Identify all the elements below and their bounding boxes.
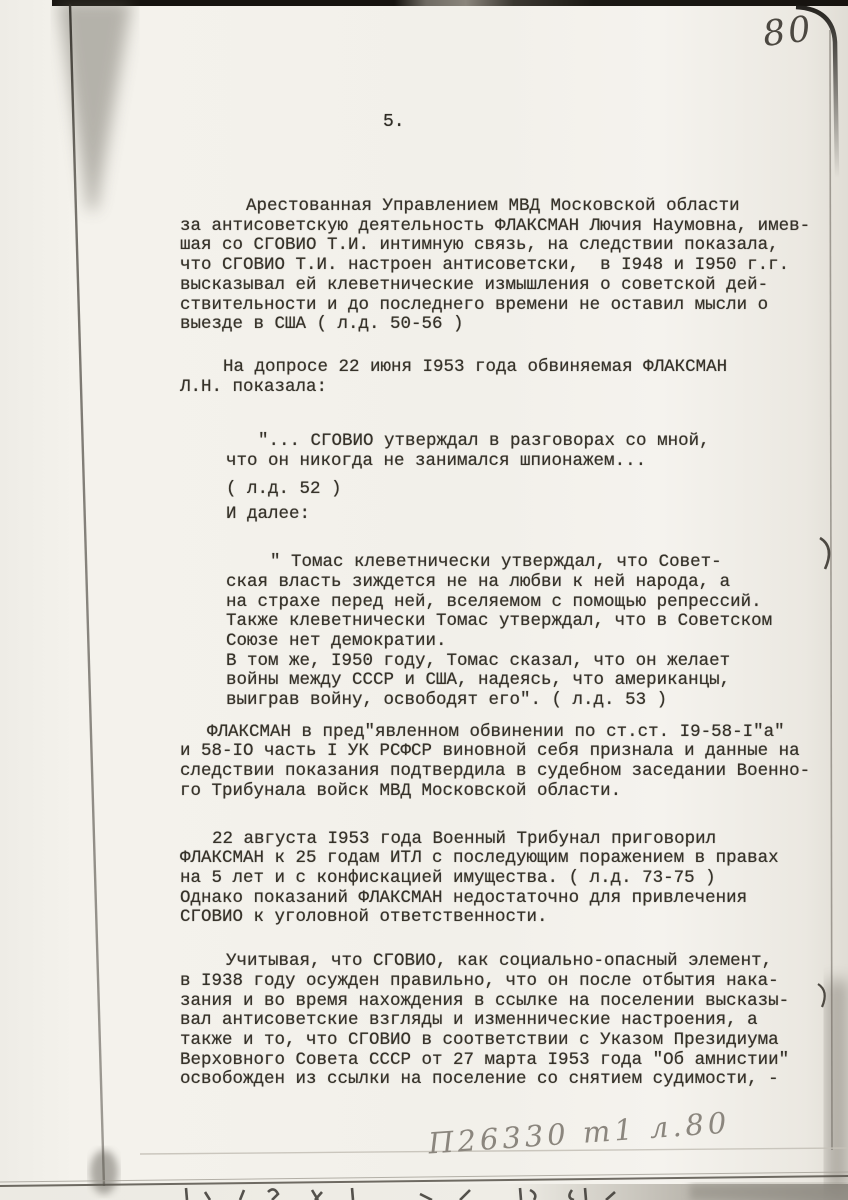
text-line: зания и во время нахождения в ссылке на …	[180, 992, 842, 1012]
paragraph: "... СГОВИО утверждал в разговорах со мн…	[226, 432, 842, 471]
text-line: ФЛАКСМАН к 25 годам ИТЛ с последующим по…	[180, 849, 842, 869]
text-line: выиграв войну, освободят его". ( л.д. 53…	[226, 691, 842, 711]
text-line: Арестованная Управлением МВД Московской …	[180, 197, 842, 217]
paragraph: И далее:	[226, 505, 842, 525]
text-line: СГОВИО к уголовной ответственности.	[180, 908, 842, 928]
text-line: го Трибунала войск МВД Московской област…	[180, 782, 842, 802]
paragraph: ( л.д. 52 )	[226, 480, 842, 500]
text-line: также и то, что СГОВИО в соответствии с …	[180, 1031, 842, 1051]
text-line: за антисоветскую деятельность ФЛАКСМАН Л…	[180, 217, 842, 237]
typed-page-number: 5.	[383, 112, 405, 132]
text-line: ( л.д. 52 )	[226, 480, 842, 500]
paragraph: " Томас клеветнически утверждал, что Сов…	[226, 553, 842, 711]
next-sheet-strip	[0, 1184, 848, 1200]
text-line: И далее:	[226, 505, 842, 525]
text-line: на 5 лет и с конфискацией имущества. ( л…	[180, 869, 842, 889]
text-line: освобожден из ссылки на поселение со сня…	[180, 1070, 842, 1090]
document-body: Арестованная Управлением МВД Московской …	[180, 197, 842, 1090]
text-line: Также клеветнически Томас утверждал, что…	[226, 612, 842, 632]
text-line: что он никогда не занимался шпионажем...	[226, 452, 842, 472]
text-line: и 58-IO часть I УК РСФСР виновной себя п…	[180, 742, 842, 762]
text-line: Верховного Совета СССР от 27 марта I953 …	[180, 1051, 842, 1071]
text-line: 22 августа I953 года Военный Трибунал пр…	[180, 830, 842, 850]
photocopy-top-edge	[52, 0, 848, 6]
text-line: вал антисоветские взгляды и изменнически…	[180, 1011, 842, 1031]
text-line: "... СГОВИО утверждал в разговорах со мн…	[226, 432, 842, 452]
text-line: ФЛАКСМАН в пред"явленном обвинении по ст…	[180, 723, 842, 743]
paragraph: Арестованная Управлением МВД Московской …	[180, 197, 842, 335]
text-line: Учитывая, что СГОВИО, как социально-опас…	[180, 952, 842, 972]
text-line: шая со СГОВИО Т.И. интимную связь, на сл…	[180, 236, 842, 256]
text-line: В том же, I950 году, Томас сказал, что о…	[226, 652, 842, 672]
text-line: Однако показаний ФЛАКСМАН недостаточно д…	[180, 889, 842, 909]
text-line: Л.Н. показала:	[180, 378, 842, 398]
text-line: На допросе 22 июня I953 года обвиняемая …	[180, 358, 842, 378]
text-line: выезде в США ( л.д. 50-56 )	[180, 315, 842, 335]
paragraph: На допросе 22 июня I953 года обвиняемая …	[180, 358, 842, 397]
text-line: на страхе перед ней, вселяемом с помощью…	[226, 593, 842, 613]
paragraph: Учитывая, что СГОВИО, как социально-опас…	[180, 952, 842, 1090]
handwritten-sheet-number: 80	[761, 9, 816, 55]
paragraph: ФЛАКСМАН в пред"явленном обвинении по ст…	[180, 723, 842, 802]
text-line: высказывал ей клеветнические измышления …	[180, 276, 842, 296]
text-line: в I938 году осужден правильно, что он по…	[180, 972, 842, 992]
text-line: " Томас клеветнически утверждал, что Сов…	[226, 553, 842, 573]
text-line: что СГОВИО Т.И. настроен антисоветски, в…	[180, 256, 842, 276]
text-line: войны между СССР и США, надеясь, что аме…	[226, 671, 842, 691]
scanned-document-page: 5. 80 Арестованная Управлением МВД Моско…	[0, 0, 848, 1200]
text-line: ская власть зиждется не на любви к ней н…	[226, 573, 842, 593]
text-line: ствительности и до последнего времени не…	[180, 296, 842, 316]
paragraph: 22 августа I953 года Военный Трибунал пр…	[180, 830, 842, 929]
text-line: Союзе нет демократии.	[226, 632, 842, 652]
text-line: следствии показания подтвердила в судебн…	[180, 762, 842, 782]
